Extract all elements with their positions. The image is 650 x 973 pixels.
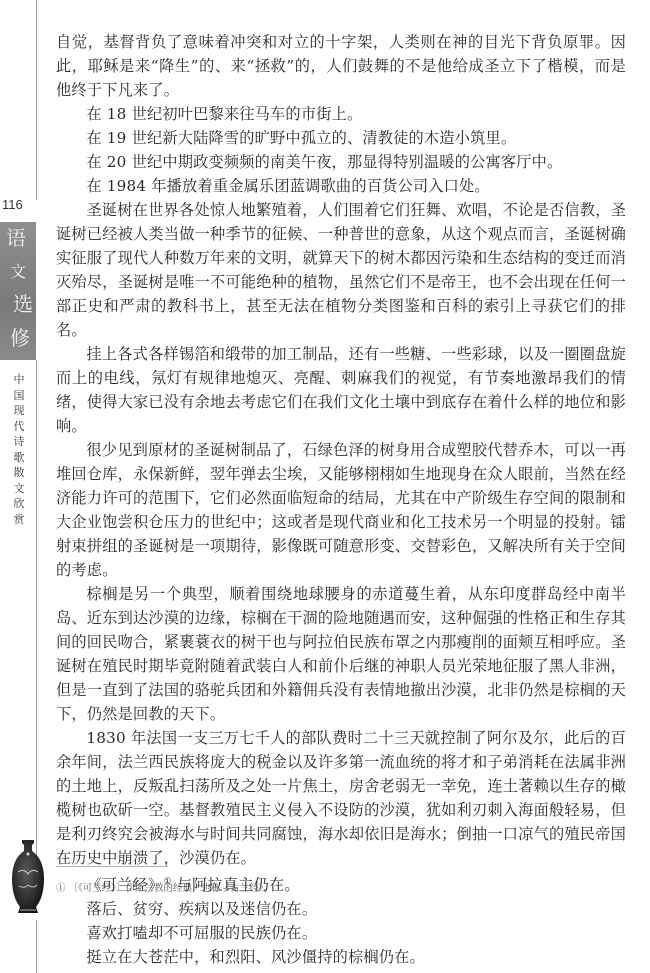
article-body: 自觉，基督背负了意味着冲突和对立的十字架，人类则在神的目光下背负原罪。因此，耶稣…: [56, 30, 626, 969]
paragraph: 很少见到原材的圣诞树制品了，石绿色泽的树身用合成塑胶代替乔木，可以一再堆回仓库，…: [56, 438, 626, 582]
vase-illustration: [10, 838, 46, 920]
paragraph: 圣诞树在世界各处惊人地繁殖着，人们围着它们狂舞、欢唱，不论是否信教，圣诞树已经被…: [56, 198, 626, 342]
closing-line: 落后、贫穷、疾病以及迷信仍在。: [56, 897, 626, 921]
page-number: 116: [2, 197, 36, 212]
margin-rule-middle: [36, 360, 37, 878]
paragraph: 挂上各式各样锡箔和缎带的加工制品，还有一些糖、一些彩球，以及一圈圈盘旋而上的电线…: [56, 342, 626, 438]
paragraph: 1830 年法国一支三万七千人的部队费时二十三天就控制了阿尔及尔，此后的百余年间…: [56, 726, 626, 870]
margin-rule-bottom: [36, 920, 37, 973]
margin-rule-top: [36, 0, 37, 200]
paragraph: 棕榈是另一个典型，顺着围绕地球腰身的赤道蔓生着，从东印度群岛经中南半岛、近东到达…: [56, 582, 626, 726]
paragraph: 在 1984 年播放着重金属乐团蓝调歌曲的百货公司入口处。: [56, 174, 626, 198]
series-title-band: 语 文 选 修: [0, 222, 36, 360]
closing-line: 挺立在大苍茫中，和烈阳、风沙僵持的棕榈仍在。: [56, 945, 626, 969]
series-char-4: 修: [10, 328, 30, 348]
paragraph: 自觉，基督背负了意味着冲突和对立的十字架，人类则在神的目光下背负原罪。因此，耶稣…: [56, 30, 626, 102]
series-char-3: 选: [13, 294, 33, 314]
footnote-divider: [56, 866, 168, 867]
book-subtitle-vertical: 中国现代诗歌散文欣赏: [12, 372, 26, 527]
series-char-1: 语: [6, 228, 26, 248]
series-char-2: 文: [10, 262, 26, 282]
paragraph: 在 20 世纪中期政变频频的南美午夜，那显得特别温暖的公寓客厅中。: [56, 150, 626, 174]
paragraph: 在 18 世纪初叶巴黎来往马车的市街上。: [56, 102, 626, 126]
closing-line: 喜欢打嗑却不可屈服的民族仍在。: [56, 921, 626, 945]
paragraph: 在 19 世纪新大陆降雪的旷野中孤立的、清教徒的木造小筑里。: [56, 126, 626, 150]
footnote: ① 〔《可兰经》〕伊斯兰教的经典，也称《古兰经》。: [56, 880, 273, 894]
